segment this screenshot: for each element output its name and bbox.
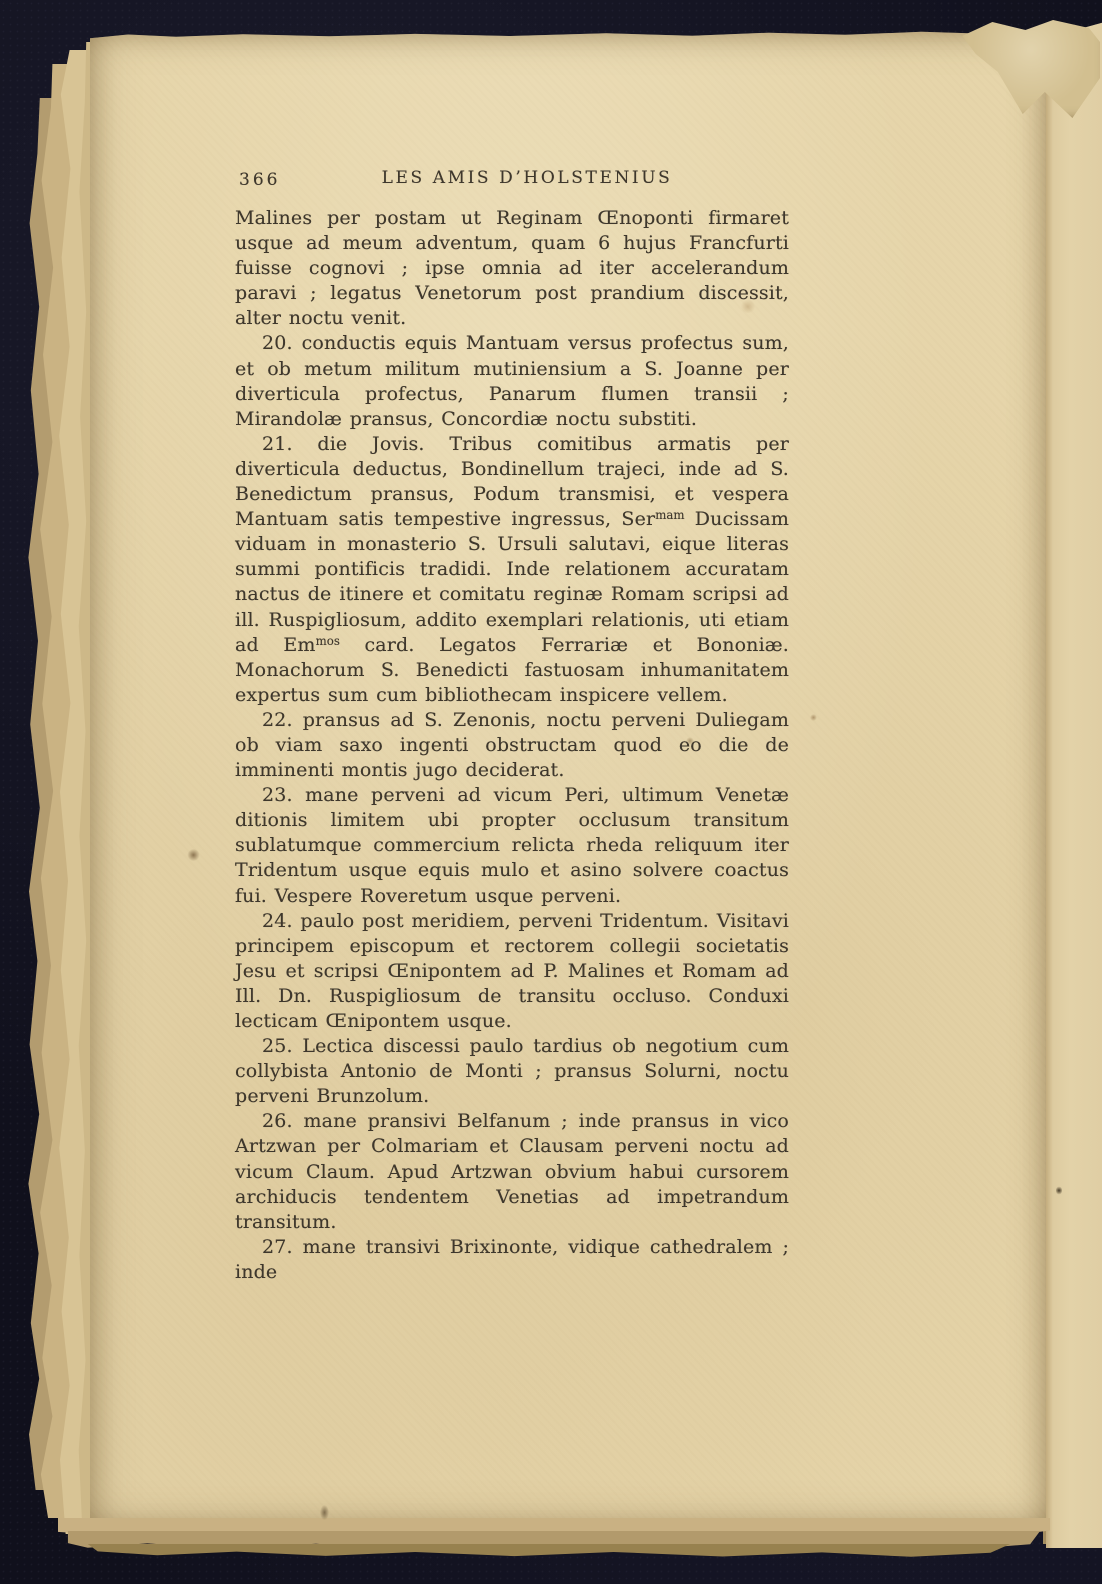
book-page-edges-bottom: [58, 1518, 1050, 1568]
page-number: 366: [239, 170, 280, 190]
body-text: Malines per postam ut Reginam Œnoponti f…: [235, 206, 789, 1285]
paragraph: 21. die Jovis. Tribus comitibus armatis …: [235, 432, 789, 708]
paragraph: 23. mane perveni ad vicum Peri, ultimum …: [235, 783, 789, 908]
paragraph: 20. conductis equis Mantuam versus profe…: [235, 331, 789, 431]
page-header: 366 LES AMIS D’HOLSTENIUS: [235, 168, 789, 198]
paragraph: 27. mane transivi Brixinonte, vidique ca…: [235, 1235, 789, 1285]
running-title: LES AMIS D’HOLSTENIUS: [235, 168, 789, 188]
paragraph: 22. pransus ad S. Zenonis, noctu perveni…: [235, 708, 789, 783]
paragraph: 26. mane pransivi Belfanum ; inde pransu…: [235, 1109, 789, 1234]
page-edge-strip: [58, 1544, 1050, 1560]
paragraph: Malines per postam ut Reginam Œnoponti f…: [235, 206, 789, 331]
page-text-block: 366 LES AMIS D’HOLSTENIUS Malines per po…: [235, 168, 789, 1285]
superscript-abbreviation: mam: [655, 508, 684, 522]
scanned-page-background: 366 LES AMIS D’HOLSTENIUS Malines per po…: [0, 0, 1102, 1584]
paragraph: 25. Lectica discessi paulo tardius ob ne…: [235, 1034, 789, 1109]
facing-page-edge: [1046, 22, 1102, 1548]
superscript-abbreviation: mos: [316, 634, 340, 648]
paragraph: 24. paulo post meridiem, perveni Trident…: [235, 909, 789, 1034]
